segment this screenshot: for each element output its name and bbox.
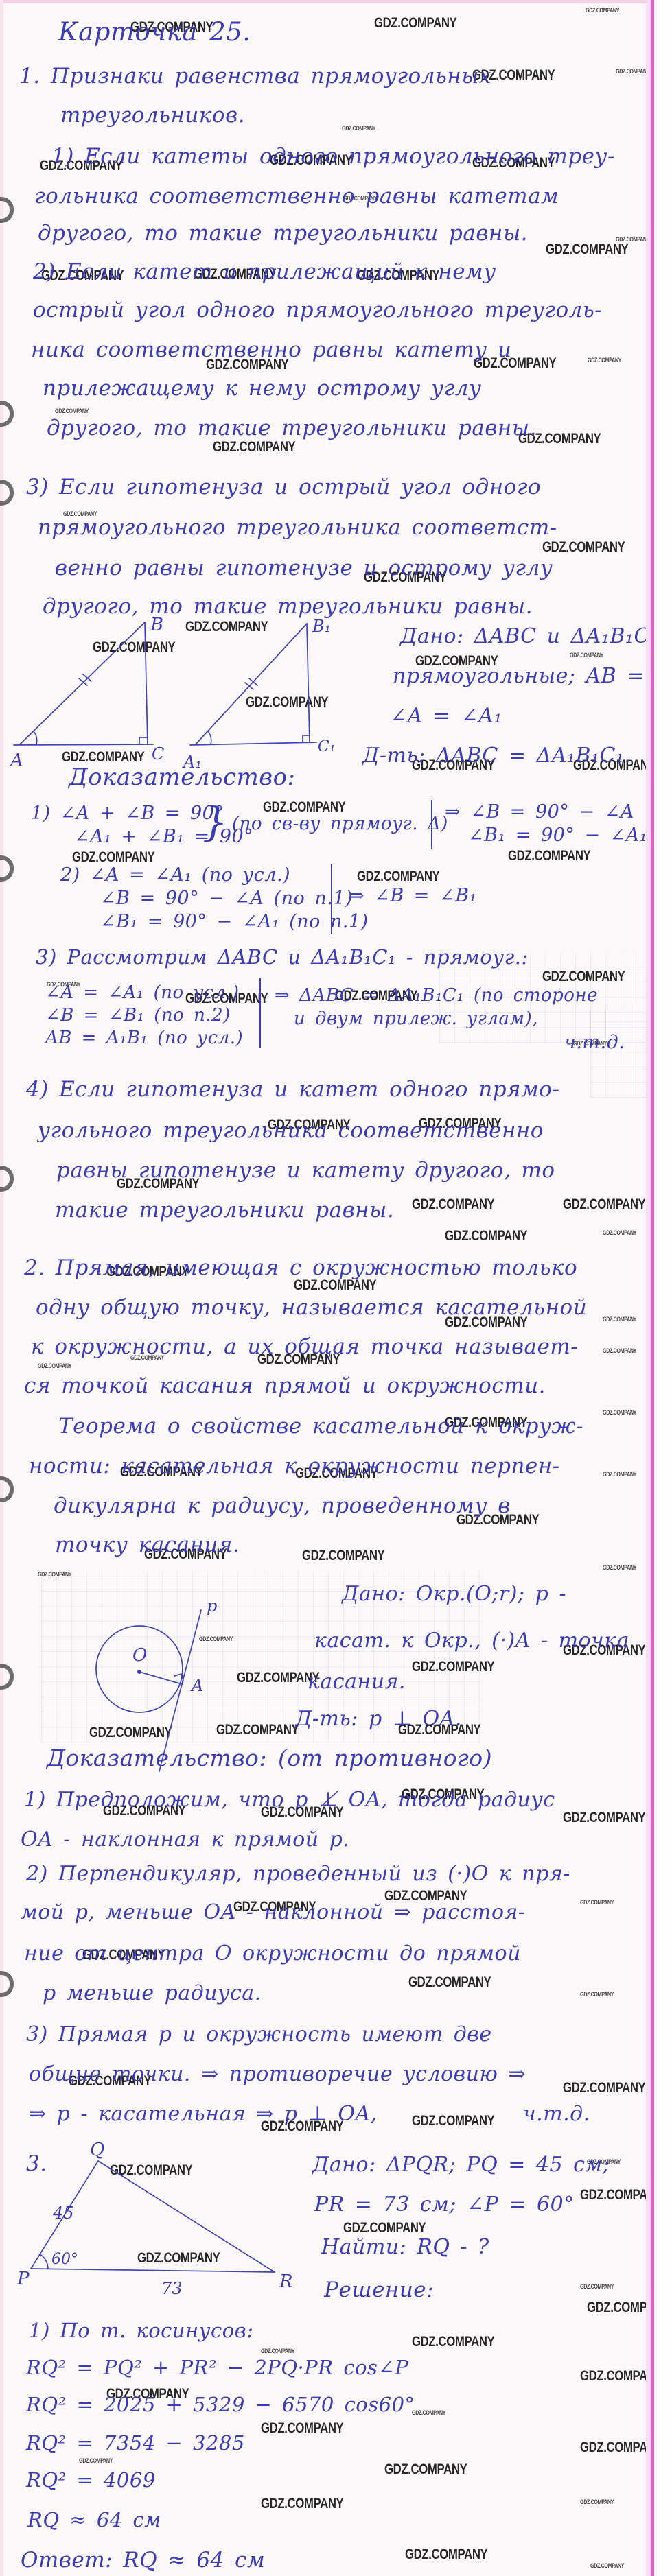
watermark-text: GDZ.COMPANY: [603, 1347, 636, 1354]
watermark-text: GDZ.COMPANY: [586, 7, 619, 14]
handwritten-line: другого, то такие треугольники равны.: [47, 417, 537, 440]
handwritten-line: равны гипотенузе и катету другого, то: [56, 1159, 555, 1182]
label-pq-length: 45: [52, 2203, 74, 2223]
handwritten-line: такие треугольники равны.: [55, 1199, 394, 1222]
label-r: R: [279, 2271, 293, 2292]
watermark-text: GDZ.COMPANY: [384, 2461, 467, 2478]
watermark-text: GDZ.COMPANY: [563, 1196, 645, 1213]
handwritten-line: ⇒ ∠B = ∠B₁: [349, 886, 477, 906]
binding-hole-mark: [0, 197, 14, 223]
watermark-text: GDZ.COMPANY: [603, 1229, 636, 1236]
handwritten-line: RQ² = 7354 − 3285: [26, 2433, 245, 2453]
watermark-text: GDZ.COMPANY: [38, 1362, 71, 1369]
watermark-text: GDZ.COMPANY: [546, 241, 628, 258]
watermark-text: GDZ.COMPANY: [374, 15, 456, 32]
handwritten-line: угольного треугольника соответственно: [38, 1120, 544, 1142]
handwritten-line: другого, то такие треугольники равны.: [38, 222, 528, 245]
handwritten-line: ∠B = ∠B₁ (по п.2): [45, 1006, 231, 1025]
pqr-triangle-diagram: Q P R 45 60° 73: [17, 2142, 312, 2300]
watermark-text: GDZ.COMPANY: [412, 1659, 494, 1675]
watermark-text: GDZ.COMPANY: [588, 357, 621, 364]
handwritten-line: PR = 73 см; ∠P = 60°: [314, 2194, 575, 2216]
handwritten-line: прилежащему к нему острому углу: [43, 377, 482, 400]
handwritten-line: 1) Если катеты одного прямоугольного тре…: [51, 145, 615, 168]
handwritten-line: касат. к Окр., (·)A - точка: [314, 1630, 629, 1652]
handwritten-line: RQ ≈ 64 см: [27, 2509, 161, 2530]
watermark-text: GDZ.COMPANY: [412, 1196, 494, 1213]
handwritten-line: прямоугольного треугольника соответст-: [38, 517, 557, 539]
watermark-text: GDZ.COMPANY: [38, 1571, 71, 1578]
handwritten-line: ника соответственно равны катету и: [31, 339, 511, 362]
circle-tangent-diagram: O A p: [38, 1595, 264, 1780]
watermark-text: GDZ.COMPANY: [343, 2220, 426, 2236]
watermark-text: GDZ.COMPANY: [616, 68, 649, 75]
handwritten-line: RQ² = 2025 + 5329 − 6570 cos60°: [26, 2394, 415, 2415]
handwritten-line: Д-ть: p ⊥ OA.: [295, 1708, 462, 1730]
watermark-text: GDZ.COMPANY: [542, 539, 625, 556]
watermark-text: GDZ.COMPANY: [603, 1471, 636, 1478]
watermark-text: GDZ.COMPANY: [72, 849, 154, 866]
handwritten-line: ⇒ ∠B = 90° − ∠A: [445, 803, 634, 822]
watermark-text: GDZ.COMPANY: [590, 2562, 624, 2569]
watermark-text: GDZ.COMPANY: [405, 2547, 487, 2563]
watermark-text: GDZ.COMPANY: [563, 1810, 645, 1826]
handwritten-line: Дано: ΔPQR; PQ = 45 см;: [312, 2154, 610, 2176]
handwritten-line: точку касания.: [55, 1534, 240, 1557]
label-b1: B₁: [312, 617, 331, 636]
ink-divider-stroke: [331, 864, 332, 934]
binding-hole-mark: [0, 1166, 14, 1192]
handwritten-line: 2. Прямая, имеющая с окружностью только: [24, 1257, 577, 1279]
handwritten-line: ∠A = ∠A₁ (по усл.): [45, 984, 240, 1002]
watermark-text: GDZ.COMPANY: [580, 1991, 614, 1998]
page-top-edge-tint: [0, 0, 672, 3]
watermark-text: GDZ.COMPANY: [261, 2496, 343, 2512]
page-left-edge-tint: [0, 0, 3, 2576]
watermark-text: GDZ.COMPANY: [580, 2498, 614, 2505]
watermark-text: GDZ.COMPANY: [603, 1316, 636, 1323]
watermark-text: GDZ.COMPANY: [563, 2080, 645, 2096]
label-c1: C₁: [318, 738, 336, 755]
watermark-text: GDZ.COMPANY: [603, 1564, 636, 1571]
handwritten-line: ⇒ p - касательная ⇒ p ⊥ OA,: [29, 2103, 378, 2125]
notebook-page: GDZ.COMPANYGDZ.COMPANYGDZ.COMPANYGDZ.COM…: [0, 0, 672, 2576]
handwritten-line: ∠A = ∠A₁: [390, 705, 502, 727]
watermark-text: GDZ.COMPANY: [445, 1228, 527, 1244]
handwritten-line: RQ² = PQ² + PR² − 2PQ·PR cos∠P: [26, 2357, 408, 2378]
handwritten-line: ⇒ ΔABC = ΔA₁B₁C₁ (по стороне: [275, 986, 598, 1005]
label-pr-length: 73: [161, 2279, 183, 2298]
grid-paper-patch: [590, 1008, 649, 1098]
handwritten-line: Дано: ΔABC и ΔA₁B₁C₁;: [400, 626, 666, 648]
label-p: P: [16, 2269, 30, 2289]
handwritten-line: к окружности, а их общая точка называет-: [31, 1336, 578, 1358]
watermark-text: GDZ.COMPANY: [79, 2457, 113, 2464]
handwritten-line: 2) Если катет и прилежащий к нему: [33, 261, 496, 283]
binding-hole-mark: [0, 480, 14, 506]
watermark-text: GDZ.COMPANY: [603, 1409, 636, 1416]
ink-divider-stroke: [259, 978, 261, 1048]
watermark-text: GDZ.COMPANY: [261, 2348, 294, 2354]
handwritten-line: общие точки. ⇒ противоречие условию ⇒: [29, 2064, 526, 2085]
handwritten-line: ности: касательная к окружности перпен-: [29, 1455, 560, 1478]
handwritten-line: ч.т.д.: [523, 2103, 590, 2125]
label-q: Q: [90, 2140, 104, 2160]
label-c: C: [152, 744, 164, 764]
handwritten-line: Дано: Окр.(O;r); p -: [342, 1583, 566, 1605]
handwritten-line: ∠B = 90° − ∠A (по п.1): [100, 889, 353, 908]
handwritten-line: ∠B₁ = 90° − ∠A₁: [468, 826, 647, 845]
handwritten-line: RQ² = 4069: [26, 2470, 156, 2490]
handwritten-line: 3) Если гипотенуза и острый угол одного: [26, 476, 541, 499]
label-o: O: [132, 1645, 147, 1666]
handwritten-line: Карточка 25.: [58, 19, 251, 46]
watermark-text: GDZ.COMPANY: [542, 969, 625, 985]
watermark-text: GDZ.COMPANY: [302, 1548, 384, 1564]
right-margin: [654, 0, 672, 2576]
label-a1: A₁: [182, 753, 202, 772]
binding-hole-mark: [0, 1971, 14, 1997]
watermark-text: GDZ.COMPANY: [570, 652, 603, 659]
handwritten-line: прямоугольные; AB = A₁B₁: [393, 665, 672, 687]
label-angle-p: 60°: [51, 2251, 78, 2268]
handwritten-line: 3) Прямая p и окружность имеют две: [26, 2024, 492, 2046]
watermark-text: GDZ.COMPANY: [55, 407, 89, 414]
handwritten-line: 3) Рассмотрим ΔABC и ΔA₁B₁C₁ - прямоуг.:: [36, 947, 529, 967]
watermark-text: GDZ.COMPANY: [412, 2113, 494, 2129]
handwritten-line: 1) По т. косинусов:: [29, 2320, 253, 2341]
handwritten-line: Решение:: [324, 2279, 434, 2302]
handwritten-line: OA - наклонная к прямой p.: [21, 1829, 349, 1851]
handwritten-line: Теорема о свойстве касательной к окруж-: [58, 1415, 583, 1438]
watermark-text: GDZ.COMPANY: [412, 2334, 494, 2350]
handwritten-line: Ответ: RQ ≈ 64 см: [21, 2549, 265, 2572]
watermark-text: GDZ.COMPANY: [342, 125, 375, 132]
handwritten-line: треугольников.: [60, 104, 245, 127]
watermark-text: GDZ.COMPANY: [357, 868, 439, 885]
watermark-text: GDZ.COMPANY: [508, 848, 590, 864]
handwritten-line: острый угол одного прямоугольного треуго…: [33, 299, 602, 322]
right-triangles-diagram: B C A B₁ C₁ A₁: [10, 613, 339, 772]
handwritten-line: (по св-ву прямоуг. Δ): [232, 815, 448, 834]
watermark-text: GDZ.COMPANY: [580, 2283, 614, 2290]
handwritten-line: Найти: RQ - ?: [321, 2236, 489, 2258]
handwritten-line: гольника соответственно равны катетам: [34, 185, 559, 208]
watermark-text: GDZ.COMPANY: [412, 2409, 445, 2416]
handwritten-line: 4) Если гипотенуза и катет одного прямо-: [26, 1078, 559, 1101]
handwritten-line: венно равны гипотенузе и острому углу: [55, 557, 553, 580]
handwritten-line: ∠B₁ = 90° − ∠A₁ (по п.1): [100, 912, 369, 932]
handwritten-line: дикулярна к радиусу, проведенному в: [54, 1495, 511, 1517]
ink-divider-stroke: [431, 800, 432, 849]
handwritten-line: }: [202, 801, 228, 843]
handwritten-line: p меньше радиуса.: [43, 1983, 262, 2005]
label-p: p: [207, 1596, 217, 1616]
binding-hole-mark: [0, 401, 14, 427]
watermark-text: GDZ.COMPANY: [616, 236, 649, 243]
watermark-text: GDZ.COMPANY: [261, 2420, 343, 2437]
handwritten-line: ние от центра O окружности до прямой: [24, 1943, 521, 1965]
binding-hole-mark: [0, 1476, 14, 1502]
handwritten-line: Д-ть: ΔABC = ΔA₁B₁C₁.: [362, 745, 632, 767]
watermark-text: GDZ.COMPANY: [213, 439, 295, 456]
handwritten-line: ч.т.д.: [564, 1033, 625, 1052]
handwritten-line: касания.: [308, 1671, 406, 1693]
handwritten-line: 1) ∠A + ∠B = 90°: [31, 804, 224, 823]
watermark-text: GDZ.COMPANY: [580, 1899, 614, 1906]
handwritten-line: 1. Признаки равенства прямоугольных: [19, 65, 491, 88]
handwritten-line: ся точкой касания прямой и окружности.: [24, 1375, 546, 1397]
handwritten-line: и двум прилеж. углам),: [294, 1010, 538, 1028]
handwritten-line: 1) Предположим, что p ⊥̸ OA, тогда радиу…: [24, 1789, 555, 1811]
label-a: A: [9, 751, 23, 771]
handwritten-line: мой p, меньше OA - наклонной ⇒ расстоя-: [21, 1902, 526, 1924]
label-a: A: [190, 1676, 203, 1695]
binding-hole-mark: [0, 855, 14, 882]
label-b: B: [150, 615, 163, 635]
binding-hole-mark: [0, 1664, 14, 1690]
handwritten-line: одну общую точку, называется касательной: [36, 1297, 587, 1319]
handwritten-line: AB = A₁B₁ (по усл.): [45, 1029, 243, 1048]
handwritten-line: 2) Перпендикуляр, проведенный из (·)O к …: [26, 1863, 570, 1885]
watermark-text: GDZ.COMPANY: [408, 1974, 491, 1991]
handwritten-line: 2) ∠A = ∠A₁ (по усл.): [60, 866, 290, 885]
